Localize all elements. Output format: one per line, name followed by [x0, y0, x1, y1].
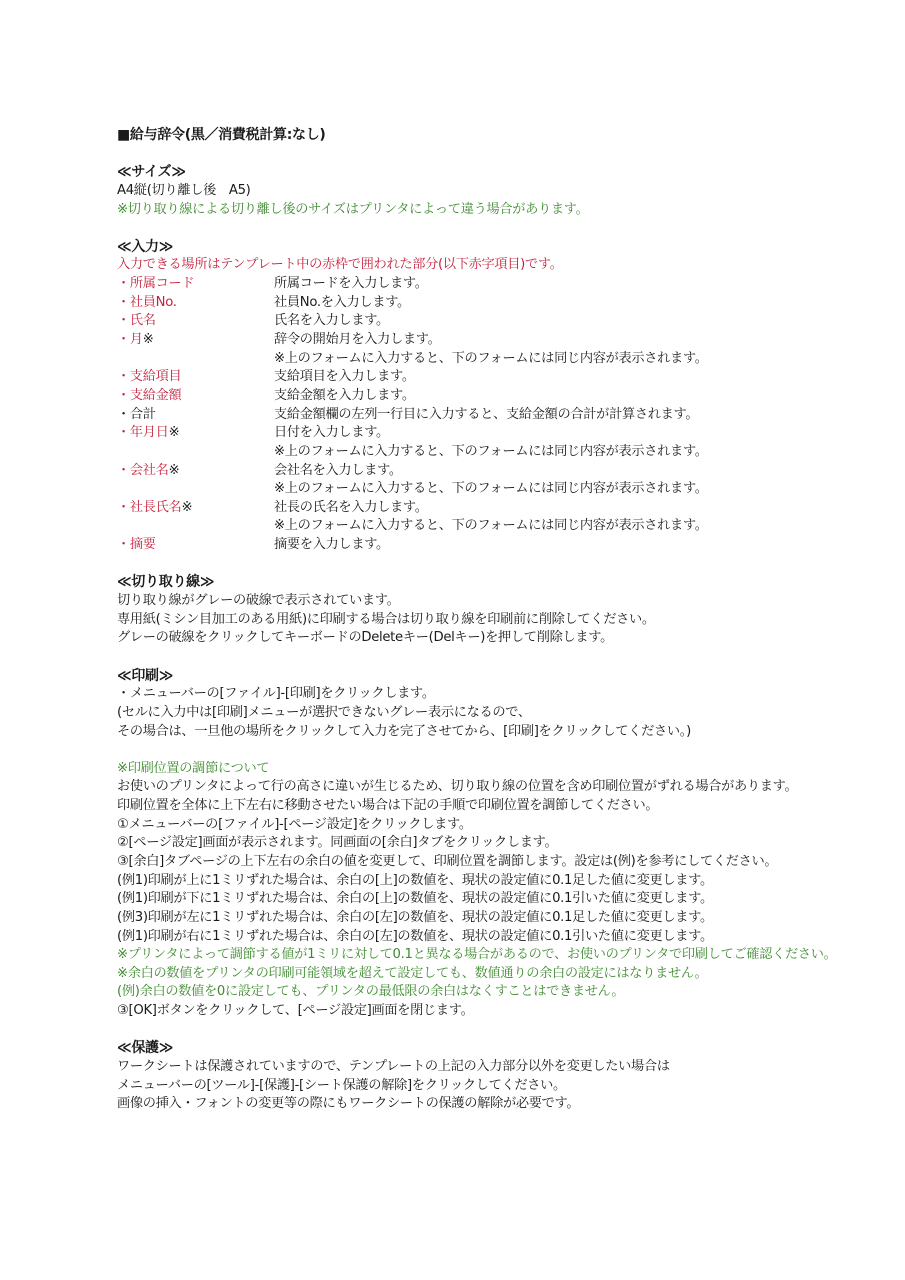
input-item-label: ・月 [117, 332, 143, 347]
input-item: ・所属コード 所属コードを入力します。 [117, 275, 905, 294]
input-item-note: ※上のフォームに入力すると、下のフォームには同じ内容が表示されます。 [117, 350, 905, 369]
note-mark: ※ [169, 463, 180, 478]
input-item-label: ・社長氏名 [117, 500, 181, 515]
input-item-note: ※上のフォームに入力すると、下のフォームには同じ内容が表示されます。 [117, 443, 905, 462]
print-line: ・メニューバーの[ファイル]-[印刷]をクリックします。 [117, 685, 905, 704]
section-heading-input: ≪入力≫ [117, 238, 905, 257]
print-adjust-example: (例1)印刷が上に1ミリずれた場合は、余白の[上]の数値を、現状の設定値に0.1… [117, 872, 905, 891]
print-adjust-step: ③[OK]ボタンをクリックして、[ページ設定]画面を閉じます。 [117, 1002, 905, 1021]
input-item-desc: 所属コードを入力します。 [274, 275, 428, 294]
cutline-line: 切り取り線がグレーの破線で表示されています。 [117, 592, 905, 611]
print-adjust-step: ③[余白]タブページの上下左右の余白の値を変更して、印刷位置を調節します。設定は… [117, 853, 905, 872]
input-item-label: ・氏名 [117, 313, 156, 328]
size-note: ※切り取り線による切り離し後のサイズはプリンタによって違う場合があります。 [117, 201, 905, 220]
section-input: ≪入力≫ 入力できる場所はテンプレート中の赤枠で囲われた部分(以下赤字項目)です… [117, 238, 905, 555]
input-item-label: ・摘要 [117, 537, 156, 552]
protect-line: 画像の挿入・フォントの変更等の際にもワークシートの保護の解除が必要です。 [117, 1095, 905, 1114]
input-item: ・年月日※ 日付を入力します。 [117, 424, 905, 443]
input-item-desc: ※上のフォームに入力すると、下のフォームには同じ内容が表示されます。 [274, 350, 708, 369]
section-heading-size: ≪サイズ≫ [117, 163, 905, 182]
spacer [117, 648, 905, 667]
print-adjust-step: ②[ページ設定]画面が表示されます。同画面の[余白]タブをクリックします。 [117, 834, 905, 853]
cutline-line: 専用紙(ミシン目加工のある用紙)に印刷する場合は切り取り線を印刷前に削除してくだ… [117, 611, 905, 630]
spacer [117, 555, 905, 574]
input-item: ・氏名 氏名を入力します。 [117, 312, 905, 331]
spacer [117, 1021, 905, 1040]
print-adjust-line: お使いのプリンタによって行の高さに違いが生じるため、切り取り線の位置を含め印刷位… [117, 778, 905, 797]
protect-line: メニューバーの[ツール]-[保護]-[シート保護の解除]をクリックしてください。 [117, 1077, 905, 1096]
size-line: A4縦(切り離し後 A5) [117, 182, 905, 201]
input-item-label: ・社員No. [117, 295, 177, 310]
input-item: ・社長氏名※ 社長の氏名を入力します。 [117, 499, 905, 518]
input-intro: 入力できる場所はテンプレート中の赤枠で囲われた部分(以下赤字項目)です。 [117, 256, 905, 275]
input-item-desc: 支給金額を入力します。 [274, 387, 415, 406]
print-adjust-example: (例1)印刷が下に1ミリずれた場合は、余白の[上]の数値を、現状の設定値に0.1… [117, 890, 905, 909]
section-protect: ≪保護≫ ワークシートは保護されていますので、テンプレートの上記の入力部分以外を… [117, 1039, 905, 1114]
input-item-label: ・年月日 [117, 425, 169, 440]
input-item-desc: 摘要を入力します。 [274, 536, 389, 555]
protect-line: ワークシートは保護されていますので、テンプレートの上記の入力部分以外を変更したい… [117, 1058, 905, 1077]
input-item-note: ※上のフォームに入力すると、下のフォームには同じ内容が表示されます。 [117, 517, 905, 536]
print-adjust-example: (例3)印刷が左に1ミリずれた場合は、余白の[左]の数値を、現状の設定値に0.1… [117, 909, 905, 928]
input-item-desc: 支給金額欄の左列一行目に入力すると、支給金額の合計が計算されます。 [274, 406, 698, 425]
input-item-label: ・支給項目 [117, 369, 181, 384]
spacer [117, 741, 905, 760]
input-item: ・摘要 摘要を入力します。 [117, 536, 905, 555]
spacer [117, 219, 905, 238]
section-heading-cutline: ≪切り取り線≫ [117, 573, 905, 592]
input-item-desc: 社員No.を入力します。 [274, 294, 410, 313]
print-adjust-line: 印刷位置を全体に上下左右に移動させたい場合は下記の手順で印刷位置を調節してくださ… [117, 797, 905, 816]
input-item: ・合計 支給金額欄の左列一行目に入力すると、支給金額の合計が計算されます。 [117, 406, 905, 425]
spacer [117, 145, 905, 164]
print-adjust-example: (例1)印刷が右に1ミリずれた場合は、余白の[左]の数値を、現状の設定値に0.1… [117, 928, 905, 947]
section-heading-print: ≪印刷≫ [117, 667, 905, 686]
input-item: ・月※ 辞令の開始月を入力します。 [117, 331, 905, 350]
input-item-desc: ※上のフォームに入力すると、下のフォームには同じ内容が表示されます。 [274, 443, 708, 462]
section-print: ≪印刷≫ ・メニューバーの[ファイル]-[印刷]をクリックします。 (セルに入力… [117, 667, 905, 1021]
print-adjust-note: ※プリンタによって調節する値が1ミリに対して0.1と異なる場合があるので、お使い… [117, 946, 905, 965]
input-item: ・支給項目 支給項目を入力します。 [117, 368, 905, 387]
input-item-desc: 支給項目を入力します。 [274, 368, 415, 387]
note-mark: ※ [143, 332, 154, 347]
input-item: ・支給金額 支給金額を入力します。 [117, 387, 905, 406]
input-item-desc: ※上のフォームに入力すると、下のフォームには同じ内容が表示されます。 [274, 517, 708, 536]
input-item-note: ※上のフォームに入力すると、下のフォームには同じ内容が表示されます。 [117, 480, 905, 499]
input-item-label: ・支給金額 [117, 388, 181, 403]
input-item-desc: 会社名を入力します。 [274, 462, 402, 481]
print-adjust-note: ※余白の数値をプリンタの印刷可能領域を超えて設定しても、数値通りの余白の設定には… [117, 965, 905, 984]
input-item-label: ・所属コード [117, 276, 194, 291]
print-adjust-note: (例)余白の数値を0に設定しても、プリンタの最低限の余白はなくすことはできません… [117, 983, 905, 1002]
input-item: ・会社名※ 会社名を入力します。 [117, 462, 905, 481]
print-line: (セルに入力中は[印刷]メニューが選択できないグレー表示になるので、 [117, 704, 905, 723]
section-heading-protect: ≪保護≫ [117, 1039, 905, 1058]
note-mark: ※ [169, 425, 180, 440]
section-size: ≪サイズ≫ A4縦(切り離し後 A5) ※切り取り線による切り離し後のサイズはプ… [117, 163, 905, 219]
input-item-desc: 社長の氏名を入力します。 [274, 499, 428, 518]
document-title: ■給与辞令(黒／消費税計算:なし) [117, 126, 905, 145]
document-page: ■給与辞令(黒／消費税計算:なし) ≪サイズ≫ A4縦(切り離し後 A5) ※切… [117, 126, 905, 1114]
input-item: ・社員No. 社員No.を入力します。 [117, 294, 905, 313]
input-item-label: ・会社名 [117, 463, 169, 478]
input-item-desc: ※上のフォームに入力すると、下のフォームには同じ内容が表示されます。 [274, 480, 708, 499]
print-adjust-heading: ※印刷位置の調節について [117, 760, 905, 779]
note-mark: ※ [181, 500, 192, 515]
input-item-desc: 日付を入力します。 [274, 424, 389, 443]
print-line: その場合は、一旦他の場所をクリックして入力を完了させてから、[印刷]をクリックし… [117, 723, 905, 742]
print-adjust-step: ①メニューバーの[ファイル]-[ページ設定]をクリックします。 [117, 816, 905, 835]
input-item-label: ・合計 [117, 407, 156, 422]
section-cutline: ≪切り取り線≫ 切り取り線がグレーの破線で表示されています。 専用紙(ミシン目加… [117, 573, 905, 648]
cutline-line: グレーの破線をクリックしてキーボードのDeleteキー(Delキー)を押して削除… [117, 629, 905, 648]
input-item-desc: 氏名を入力します。 [274, 312, 389, 331]
input-item-desc: 辞令の開始月を入力します。 [274, 331, 440, 350]
